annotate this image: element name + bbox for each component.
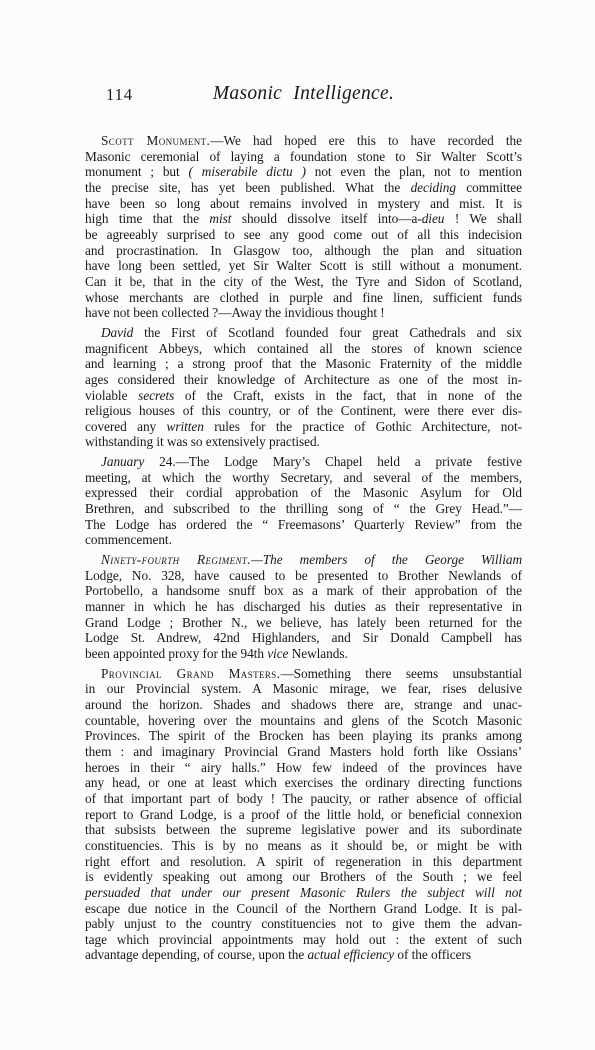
text-line: commencement. [85, 532, 522, 548]
text-line: Ninety-fourth Regiment.—The members of t… [85, 552, 522, 568]
text-line: Masonic ceremonial of laying a foundatio… [85, 149, 522, 165]
text-line: any head, or one at least which exercise… [85, 775, 522, 791]
text-segment: them : and imaginary Provincial Grand Ma… [85, 744, 522, 759]
text-segment: religious houses of this country, or of … [85, 403, 522, 418]
text-segment: the precise site, has yet been published… [85, 180, 411, 195]
text-segment: in our Provincial system. A Masonic mira… [85, 681, 522, 696]
text-line: have not been collected ?—Away the invid… [85, 305, 522, 321]
text-segment: whose merchants are clothed in purple an… [85, 290, 522, 305]
text-segment: January [101, 454, 144, 469]
text-line: and procrastination. In Glasgow too, alt… [85, 243, 522, 259]
text-line: monument ; but ( miserabile dictu ) not … [85, 164, 522, 180]
text-segment: —We had hoped ere this to have recorded … [210, 133, 522, 148]
text-segment: commencement. [85, 532, 172, 547]
text-line: of that important part of body ! The pau… [85, 791, 522, 807]
text-segment: ! We shall [444, 211, 522, 226]
text-line: ages considered their knowledge of Archi… [85, 372, 522, 388]
text-line: Scott Monument.—We had hoped ere this to… [85, 133, 522, 149]
text-line: religious houses of this country, or of … [85, 403, 522, 419]
text-segment: manner in which he has discharged his du… [85, 599, 522, 614]
text-segment: is evidently speaking out among our Brot… [85, 869, 522, 884]
text-segment: dieu [422, 211, 445, 226]
text-segment: Brethren, and subscribed to the thrillin… [85, 501, 522, 516]
text-segment: around the horizon. Shades and shadows t… [85, 697, 522, 712]
scanned-book-page: { "colors": { "paper": "#fcfcfb", "ink":… [0, 0, 595, 1050]
text-segment: Lodge St. Andrew, 42nd Highlanders, and … [85, 630, 522, 645]
text-segment: withstanding it was so extensively pract… [85, 434, 320, 449]
text-line: magnificent Abbeys, which contained all … [85, 341, 522, 357]
text-line: is evidently speaking out among our Brot… [85, 869, 522, 885]
text-line: and learning ; a strong proof that the M… [85, 356, 522, 372]
text-segment: of the Craft, exists in the fact, that i… [174, 388, 522, 403]
text-line: Brethren, and subscribed to the thrillin… [85, 501, 522, 517]
text-segment: monument ; but [85, 164, 189, 179]
text-segment: and procrastination. In Glasgow too, alt… [85, 243, 522, 258]
text-line: right effort and resolution. A spirit of… [85, 854, 522, 870]
text-line: been appointed proxy for the 94th vice N… [85, 646, 522, 662]
text-line: have long been settled, yet Sir Walter S… [85, 258, 522, 274]
text-segment: magnificent Abbeys, which contained all … [85, 341, 522, 356]
text-line: pably unjust to the country constituenci… [85, 916, 522, 932]
text-block: Scott Monument.—We had hoped ere this to… [85, 133, 522, 967]
text-segment: any head, or one at least which exercise… [85, 775, 522, 790]
text-segment: 24.—The Lodge Mary’s Chapel held a priva… [144, 454, 522, 469]
text-line: withstanding it was so extensively pract… [85, 434, 522, 450]
text-line: heroes in their “ airy halls.” How few i… [85, 760, 522, 776]
text-segment: The Lodge has ordered the “ Freemasons’ … [85, 517, 522, 532]
text-segment: mist [209, 211, 231, 226]
text-segment: have been so long about remains involved… [85, 196, 522, 211]
text-line: countable, hovering over the mountains a… [85, 713, 522, 729]
text-segment: written [167, 419, 204, 434]
text-segment: tage which provincial appointments may h… [85, 932, 522, 947]
text-line: Can it be, that in the city of the West,… [85, 274, 522, 290]
text-segment: Lodge, No. 328, have caused to be presen… [85, 568, 522, 583]
text-segment: Newlands. [288, 646, 347, 661]
text-line: whose merchants are clothed in purple an… [85, 290, 522, 306]
text-segment: right effort and resolution. A spirit of… [85, 854, 522, 869]
text-segment: countable, hovering over the mountains a… [85, 713, 522, 728]
text-segment: Portobello, a handsome snuff box as a ma… [85, 583, 522, 598]
text-segment: constituencies. This is by no means as i… [85, 838, 522, 853]
text-line: have been so long about remains involved… [85, 196, 522, 212]
text-segment: advantage depending, of course, upon the [85, 947, 307, 962]
text-segment: violable [85, 388, 138, 403]
text-segment: be agreeably surprised to see any good c… [85, 227, 522, 242]
paragraph-ninety-fourth-regiment: Ninety-fourth Regiment.—The members of t… [85, 552, 522, 662]
text-segment: that subsists between the supreme legisl… [85, 822, 522, 837]
article-heading: Ninety-fourth Regiment. [101, 552, 251, 567]
text-segment: —The members of the George William [251, 552, 522, 567]
text-line: Lodge St. Andrew, 42nd Highlanders, and … [85, 630, 522, 646]
text-line: that subsists between the supreme legisl… [85, 822, 522, 838]
text-segment: David [101, 325, 133, 340]
text-line: David the First of Scotland founded four… [85, 325, 522, 341]
text-segment: Masonic ceremonial of laying a foundatio… [85, 149, 522, 164]
page-header: 114 Masonic Intelligence. [85, 83, 522, 105]
text-line: be agreeably surprised to see any good c… [85, 227, 522, 243]
text-segment: Provinces. The spirit of the Brocken has… [85, 728, 522, 743]
text-segment: Grand Lodge ; Brother N., we believe, ha… [85, 615, 522, 630]
text-line: violable secrets of the Craft, exists in… [85, 388, 522, 404]
text-segment: deciding [411, 180, 456, 195]
article-heading: Scott Monument. [101, 133, 210, 148]
text-segment: committee [456, 180, 522, 195]
text-line: them : and imaginary Provincial Grand Ma… [85, 744, 522, 760]
text-segment: and learning ; a strong proof that the M… [85, 356, 522, 371]
paragraph-january-24-lodge-marys-chapel: January 24.—The Lodge Mary’s Chapel held… [85, 454, 522, 548]
text-line: Provincial Grand Masters.—Something ther… [85, 666, 522, 682]
text-segment: been appointed proxy for the 94th [85, 646, 267, 661]
journal-title: Masonic Intelligence. [85, 83, 522, 105]
text-segment: have not been collected ?—Away the invid… [85, 305, 385, 320]
text-line: around the horizon. Shades and shadows t… [85, 697, 522, 713]
text-segment: vice [267, 646, 288, 661]
text-segment: not even the plan, not to mention [306, 164, 522, 179]
text-line: constituencies. This is by no means as i… [85, 838, 522, 854]
text-segment: of that important part of body ! The pau… [85, 791, 522, 806]
text-line: expressed their cordial approbation of t… [85, 485, 522, 501]
text-segment: have long been settled, yet Sir Walter S… [85, 258, 522, 273]
text-segment: meeting, at which the worthy Secretary, … [85, 470, 522, 485]
text-segment: persuaded that under our present Masonic… [85, 885, 522, 900]
text-line: high time that the mist should dissolve … [85, 211, 522, 227]
text-segment: secrets [138, 388, 174, 403]
text-line: The Lodge has ordered the “ Freemasons’ … [85, 517, 522, 533]
text-line: in our Provincial system. A Masonic mira… [85, 681, 522, 697]
text-segment: escape due notice in the Council of the … [85, 901, 522, 916]
text-line: report to Grand Lodge, is a proof of the… [85, 807, 522, 823]
text-segment: report to Grand Lodge, is a proof of the… [85, 807, 522, 822]
text-line: advantage depending, of course, upon the… [85, 947, 522, 963]
paragraph-scott-monument: Scott Monument.—We had hoped ere this to… [85, 133, 522, 321]
text-segment: the First of Scotland founded four great… [133, 325, 522, 340]
article-heading: Provincial Grand Masters. [101, 666, 280, 681]
text-line: persuaded that under our present Masonic… [85, 885, 522, 901]
text-segment: expressed their cordial approbation of t… [85, 485, 522, 500]
text-line: Portobello, a handsome snuff box as a ma… [85, 583, 522, 599]
text-line: manner in which he has discharged his du… [85, 599, 522, 615]
text-line: Provinces. The spirit of the Brocken has… [85, 728, 522, 744]
text-segment: should dissolve itself into—a- [231, 211, 421, 226]
text-line: Grand Lodge ; Brother N., we believe, ha… [85, 615, 522, 631]
text-segment: actual efficiency [307, 947, 394, 962]
text-line: Lodge, No. 328, have caused to be presen… [85, 568, 522, 584]
text-line: tage which provincial appointments may h… [85, 932, 522, 948]
text-line: covered any written rules for the practi… [85, 419, 522, 435]
text-line: January 24.—The Lodge Mary’s Chapel held… [85, 454, 522, 470]
text-segment: covered any [85, 419, 167, 434]
text-segment: pably unjust to the country constituenci… [85, 916, 522, 931]
text-segment: ( miserabile dictu ) [189, 164, 306, 179]
text-line: the precise site, has yet been published… [85, 180, 522, 196]
text-segment: of the officers [394, 947, 471, 962]
text-segment: heroes in their “ airy halls.” How few i… [85, 760, 522, 775]
text-segment: high time that the [85, 211, 209, 226]
text-segment: —Something there seems unsubstantial [280, 666, 522, 681]
paragraph-david-the-first: David the First of Scotland founded four… [85, 325, 522, 450]
text-segment: Can it be, that in the city of the West,… [85, 274, 522, 289]
paragraph-provincial-grand-masters: Provincial Grand Masters.—Something ther… [85, 666, 522, 963]
text-line: meeting, at which the worthy Secretary, … [85, 470, 522, 486]
text-segment: rules for the practice of Gothic Archite… [204, 419, 522, 434]
text-line: escape due notice in the Council of the … [85, 901, 522, 917]
text-segment: ages considered their knowledge of Archi… [85, 372, 522, 387]
